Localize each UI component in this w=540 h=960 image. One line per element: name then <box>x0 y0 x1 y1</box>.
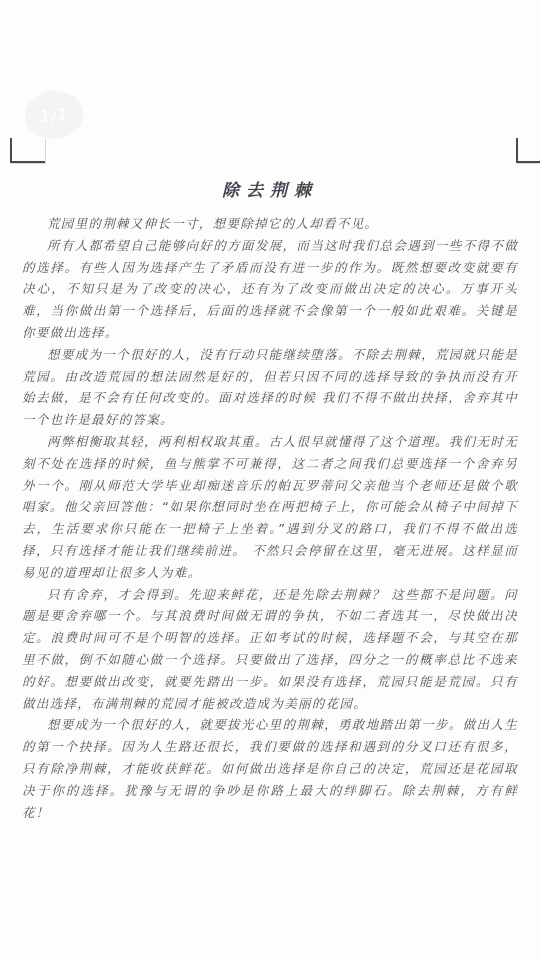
essay-paragraph-3: 想要成为一个很好的人，没有行动只能继续堕落。不除去荆棘，荒园就只能是荒园。由改造… <box>22 344 518 431</box>
page-count-badge: 1/1 <box>23 88 86 142</box>
crop-mark-right-icon <box>516 138 540 163</box>
essay-paragraph-2: 所有人都希望自己能够向好的方面发展，而当这时我们总会遇到一些不得不做的选择。有些… <box>22 235 518 344</box>
essay-title: 除去荆棘 <box>22 176 518 201</box>
page-count-label: 1/1 <box>39 104 70 126</box>
crop-mark-left-icon <box>10 138 45 163</box>
essay-paragraph-4: 两弊相衡取其轻，两利相权取其重。古人很早就懂得了这个道理。我们无时无刻不处在选择… <box>22 431 518 584</box>
essay-body: 除去荆棘 荒园里的荆棘又伸长一寸，想要除掉它的人却看不见。 所有人都希望自己能够… <box>22 176 518 823</box>
essay-paragraph-1: 荒园里的荆棘又伸长一寸，想要除掉它的人却看不见。 <box>22 213 518 235</box>
essay-paragraph-6: 想要成为一个很好的人，就要拔光心里的荆棘，勇敢地踏出第一步。做出人生的第一个抉择… <box>22 714 518 823</box>
scanned-essay-sheet: 1/1 除去荆棘 荒园里的荆棘又伸长一寸，想要除掉它的人却看不见。 所有人都希望… <box>0 0 540 960</box>
essay-paragraph-5: 只有舍弃，才会得到。先迎来鲜花，还是先除去荆棘？ 这些都不是问题。问题是要舍弃哪… <box>22 584 518 715</box>
